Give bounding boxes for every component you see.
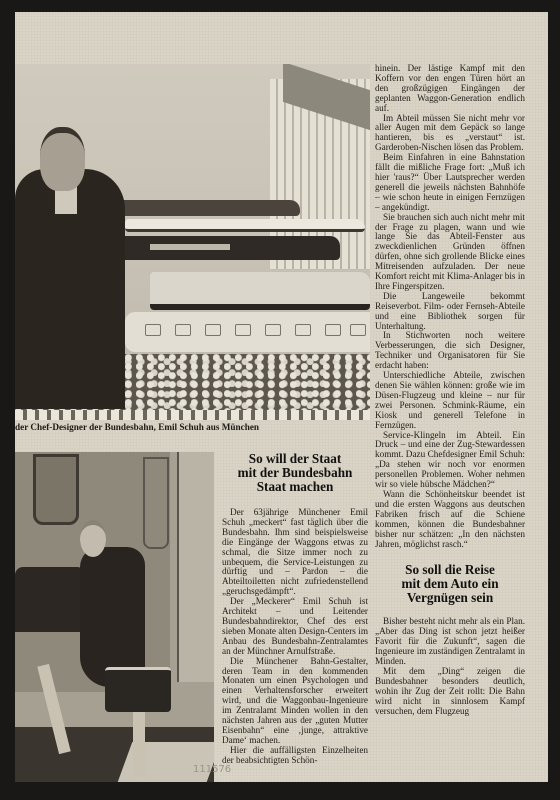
- paragraph: Der „Meckerer“ Emil Schuh ist Architekt …: [222, 597, 368, 656]
- article-staat-column: So will der Staat mit der Bundesbahn Sta…: [222, 448, 368, 766]
- headline-line: Vergnügen sein: [375, 591, 525, 605]
- paragraph: Die Langeweile bekommt Reiseverbot. Film…: [375, 292, 525, 332]
- paragraph: Mit dem „Ding“ zeigen die Bundesbahner b…: [375, 667, 525, 717]
- photo-caption: der Chef-Designer der Bundesbahn, Emil S…: [15, 422, 375, 432]
- woman-head: [80, 520, 106, 557]
- headline-line: mit dem Auto ein: [375, 577, 525, 591]
- train-model: [125, 219, 365, 232]
- carriage-panel: [177, 452, 214, 682]
- paragraph: Der 63jährige Münchener Emil Schuh „meck…: [222, 508, 368, 597]
- article-headline: So will der Staat mit der Bundesbahn Sta…: [222, 452, 368, 494]
- photo-woman-boarding-train: [15, 452, 214, 782]
- door-window: [143, 457, 169, 549]
- headline-line: mit der Bundesbahn: [222, 466, 368, 480]
- seat: [15, 567, 85, 632]
- paragraph: Die Münchener Bahn-Gestalter, deren Team…: [222, 657, 368, 746]
- paragraph: Hier die auffälligsten Einzelheiten der …: [222, 746, 368, 766]
- woman-coat: [80, 547, 145, 687]
- paragraph: In Stichworten noch weitere Verbesserung…: [375, 331, 525, 371]
- train-model: [125, 312, 370, 352]
- article-headline: So soll die Reise mit dem Auto ein Vergn…: [375, 563, 525, 605]
- woman-leg: [133, 707, 145, 777]
- stone-step: [15, 410, 370, 420]
- paragraph: Sie brauchen sich auch nicht mehr mit de…: [375, 213, 525, 292]
- newspaper-page: der Chef-Designer der Bundesbahn, Emil S…: [15, 12, 548, 782]
- headline-line: So soll die Reise: [375, 563, 525, 577]
- man-head: [40, 127, 85, 191]
- photo-chief-designer-with-train-models: [15, 64, 370, 420]
- archive-number: 111576: [193, 764, 231, 775]
- right-column: hinein. Der lästige Kampf mit den Koffer…: [375, 64, 525, 716]
- paragraph: Im Abteil müssen Sie nicht mehr vor alle…: [375, 114, 525, 154]
- headline-line: So will der Staat: [222, 452, 368, 466]
- train-model: [110, 200, 300, 216]
- article-auto: So soll die Reise mit dem Auto ein Vergn…: [375, 563, 525, 716]
- headline-line: Staat machen: [222, 480, 368, 494]
- paragraph: Wann die Schönheitskur beendet ist und d…: [375, 490, 525, 549]
- suitcase: [105, 667, 171, 712]
- train-model: [150, 272, 370, 310]
- paragraph: Beim Einfahren in eine Bahnstation fällt…: [375, 153, 525, 212]
- door-window: [33, 454, 79, 525]
- train-model: [120, 236, 340, 260]
- paragraph: Unterschiedliche Abteile, zwischen denen…: [375, 371, 525, 430]
- paragraph: Bisher besteht nicht mehr als ein Plan. …: [375, 617, 525, 667]
- paragraph: hinein. Der lästige Kampf mit den Koffer…: [375, 64, 525, 114]
- paragraph: Service-Klingeln im Abteil. Ein Druck – …: [375, 431, 525, 490]
